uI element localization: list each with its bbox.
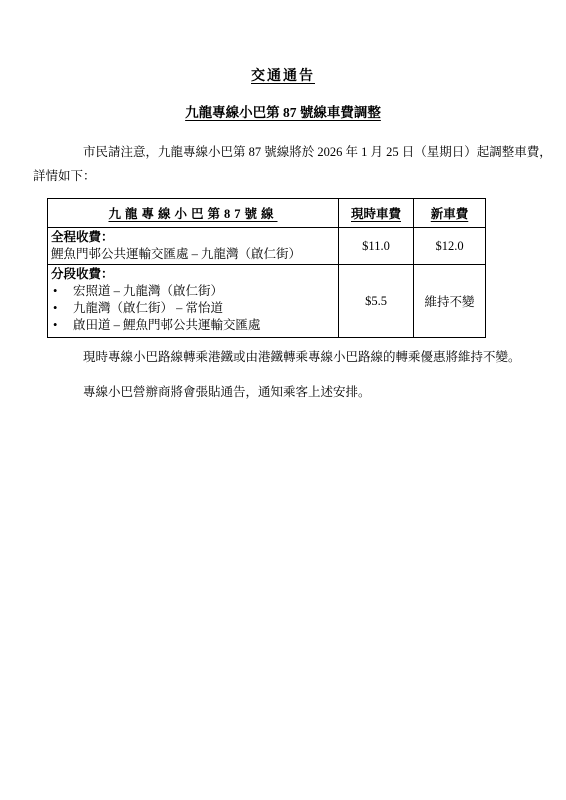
mtr-interchange-paragraph: 現時專線小巴路線轉乘港鐵或由港鐵轉乘專線小巴路線的轉乘優惠將維持不變。 bbox=[33, 346, 538, 368]
bullet-icon: • bbox=[51, 283, 73, 300]
full-fare-new-value: $12.0 bbox=[414, 228, 486, 265]
sectional-fare-row: 分段收費： • 宏照道 – 九龍灣（啟仁街） • 九龍灣（啟仁街） – 常怡道 … bbox=[48, 265, 486, 338]
fare-table: 九龍專線小巴第87號線 現時車費 新車費 全程收費： 鯉魚門邨公共運輸交匯處 –… bbox=[47, 198, 486, 338]
full-fare-route: 鯉魚門邨公共運輸交匯處 – 九龍灣（啟仁街） bbox=[51, 246, 335, 263]
closing-paragraphs: 現時專線小巴路線轉乘港鐵或由港鐵轉乘專線小巴路線的轉乘優惠將維持不變。 專線小巴… bbox=[33, 346, 538, 416]
sectional-fare-description-cell: 分段收費： • 宏照道 – 九龍灣（啟仁街） • 九龍灣（啟仁街） – 常怡道 … bbox=[48, 265, 339, 338]
bullet-icon: • bbox=[51, 300, 73, 317]
sectional-fare-item: • 啟田道 – 鯉魚門邨公共運輸交匯處 bbox=[51, 317, 335, 334]
route-column-header: 九龍專線小巴第87號線 bbox=[48, 199, 339, 228]
intro-line-2: 詳情如下： bbox=[33, 164, 538, 188]
sectional-fare-label: 分段收費： bbox=[51, 266, 335, 283]
notice-document: 交通通告 九龍專線小巴第 87 號線車費調整 市民請注意，九龍專線小巴第 87 … bbox=[0, 0, 566, 800]
bullet-icon: • bbox=[51, 317, 73, 334]
operator-notice-paragraph: 專線小巴營辦商將會張貼通告，通知乘客上述安排。 bbox=[33, 381, 538, 403]
sectional-fare-item-text: 啟田道 – 鯉魚門邨公共運輸交匯處 bbox=[73, 317, 261, 334]
sectional-fare-item: • 宏照道 – 九龍灣（啟仁街） bbox=[51, 283, 335, 300]
sectional-fare-current-value: $5.5 bbox=[339, 265, 414, 338]
intro-paragraph: 市民請注意，九龍專線小巴第 87 號線將於 2026 年 1 月 25 日（星期… bbox=[33, 140, 538, 188]
new-fare-column-header: 新車費 bbox=[414, 199, 486, 228]
full-fare-description-cell: 全程收費： 鯉魚門邨公共運輸交匯處 – 九龍灣（啟仁街） bbox=[48, 228, 339, 265]
full-fare-current-value: $11.0 bbox=[339, 228, 414, 265]
full-fare-row: 全程收費： 鯉魚門邨公共運輸交匯處 – 九龍灣（啟仁街） $11.0 $12.0 bbox=[48, 228, 486, 265]
document-subtitle: 九龍專線小巴第 87 號線車費調整 bbox=[0, 101, 566, 121]
current-fare-column-header: 現時車費 bbox=[339, 199, 414, 228]
intro-line-1: 市民請注意，九龍專線小巴第 87 號線將於 2026 年 1 月 25 日（星期… bbox=[33, 140, 538, 164]
document-title: 交通通告 bbox=[0, 65, 566, 85]
full-fare-label: 全程收費： bbox=[51, 229, 335, 246]
fare-table-header-row: 九龍專線小巴第87號線 現時車費 新車費 bbox=[48, 199, 486, 228]
sectional-fare-item: • 九龍灣（啟仁街） – 常怡道 bbox=[51, 300, 335, 317]
sectional-fare-item-text: 宏照道 – 九龍灣（啟仁街） bbox=[73, 283, 223, 300]
sectional-fare-item-text: 九龍灣（啟仁街） – 常怡道 bbox=[73, 300, 223, 317]
sectional-fare-new-value: 維持不變 bbox=[414, 265, 486, 338]
